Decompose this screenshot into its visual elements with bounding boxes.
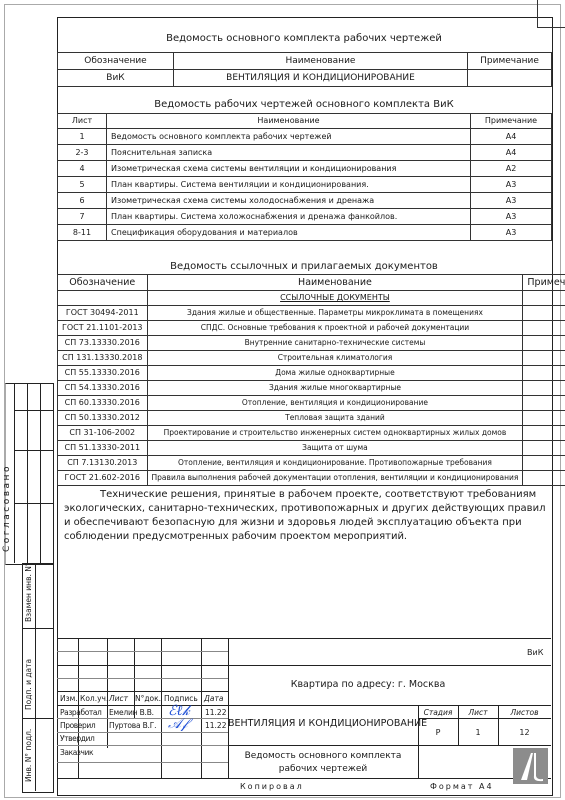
header-name: Наименование	[107, 114, 471, 129]
header-designation: Обозначение	[58, 275, 148, 291]
table-row: ГОСТ 21.1101-2013СПДС. Основные требован…	[58, 321, 565, 336]
cell-designation: СП 55.13330.2016	[58, 366, 148, 381]
cell-designation: СП 7.13130.2013	[58, 456, 148, 471]
cell-designation: СП 51.13330-2011	[58, 441, 148, 456]
system-title: ВЕНТИЛЯЦИЯ И КОНДИЦИОНИРОВАНИЕ	[228, 719, 418, 729]
cell-note: А4	[471, 129, 552, 145]
cell-designation: СП 31-106-2002	[58, 426, 148, 441]
statement-line-4: соблюдении предусмотренных рабочим проек…	[64, 530, 544, 544]
cell-note	[523, 441, 565, 456]
cell-note: А4	[471, 145, 552, 161]
main-row-name: ВЕНТИЛЯЦИЯ И КОНДИЦИОНИРОВАНИЕ	[174, 70, 468, 87]
stage-header: Стадия	[418, 709, 458, 717]
role-date: 11.22	[205, 709, 226, 717]
cell-name: Проектирование и строительство инженерны…	[147, 426, 523, 441]
copied-label: Копировал	[240, 783, 304, 791]
signature-2: 𝒜𝒻	[168, 716, 188, 732]
table-row: 2-3Пояснительная запискаА4	[58, 145, 552, 161]
cell-note	[523, 471, 565, 486]
cell-sheet: 6	[58, 193, 107, 209]
col-date: Дата	[204, 695, 223, 703]
cell-note: А3	[471, 177, 552, 193]
header-sheet: Лист	[58, 114, 107, 129]
cell-sheet: 5	[58, 177, 107, 193]
role-role: Заказчик	[60, 749, 93, 757]
drawings-list-table: Лист Наименование Примечание 1Ведомость …	[57, 113, 552, 241]
cell-name: Здания жилые и общественные. Параметры м…	[147, 306, 523, 321]
cell-name: План квартиры. Система холожоснабжения и…	[107, 209, 471, 225]
references-table: Обозначение Наименование Примечание ССЫЛ…	[57, 274, 565, 486]
logo-icon	[513, 748, 548, 784]
table-row: ГОСТ 21.602-2016Правила выполнения рабоч…	[58, 471, 565, 486]
cell-note	[523, 306, 565, 321]
cell-name: Тепловая защита зданий	[147, 411, 523, 426]
table-row: 5План квартиры. Система вентиляции и кон…	[58, 177, 552, 193]
role-name: Пуртова В.Г.	[109, 722, 156, 730]
table-row: СП 51.13330-2011Защита от шума	[58, 441, 565, 456]
drawings-list-title: Ведомость рабочих чертежей основного ком…	[57, 100, 551, 110]
main-row-note	[468, 70, 552, 87]
replacement-inv-label: Взамен инв. N°	[24, 562, 33, 622]
company-logo	[513, 748, 548, 784]
header-name: Наименование	[174, 53, 468, 70]
cell-note: А3	[471, 209, 552, 225]
role-role: Разработал	[60, 709, 101, 717]
cell-name: Защита от шума	[147, 441, 523, 456]
cell-name: Внутренние санитарно-технические системы	[147, 336, 523, 351]
statement-line-3: и обеспечивают безопасную для жизни и зд…	[64, 516, 544, 530]
cell-designation: СП 50.13330.2012	[58, 411, 148, 426]
table-row: 7План квартиры. Система холожоснабжения …	[58, 209, 552, 225]
cell-note	[523, 381, 565, 396]
sheet-header: Лист	[458, 709, 498, 717]
table-row: СП 7.13130.2013Отопление, вентиляция и к…	[58, 456, 565, 471]
sheet-title-line-1: Ведомость основного комплекта	[228, 752, 418, 761]
cell-sheet: 4	[58, 161, 107, 177]
address: Квартира по адресу: г. Москва	[228, 680, 508, 690]
agreed-label: Согласовано	[2, 464, 12, 552]
cell-name: Строительная климатология	[147, 351, 523, 366]
cell-name: Спецификация оборудования и материалов	[107, 225, 471, 241]
col-signature: Подпись	[164, 695, 198, 703]
cell-name: Пояснительная записка	[107, 145, 471, 161]
col-change: Изм.	[60, 695, 78, 703]
statement-line-1: Технические решения, принятые в рабочем …	[64, 488, 544, 502]
cell-designation: ГОСТ 30494-2011	[58, 306, 148, 321]
cell-name: Дома жилые одноквартирные	[147, 366, 523, 381]
role-role: Проверил	[60, 722, 95, 730]
corner-box	[537, 0, 565, 28]
col-count: Кол.уч.	[80, 695, 108, 703]
cell-note	[523, 366, 565, 381]
references-title: Ведомость ссылочных и прилагаемых докуме…	[57, 262, 551, 272]
cell-note	[523, 411, 565, 426]
cell-name: Правила выполнения рабочей документации …	[147, 471, 523, 486]
cell-designation: ГОСТ 21.1101-2013	[58, 321, 148, 336]
table-row: СП 50.13330.2012Тепловая защита зданий	[58, 411, 565, 426]
header-note: Примечание	[523, 275, 565, 291]
section-label: ССЫЛОЧНЫЕ ДОКУМЕНТЫ	[147, 291, 523, 306]
stage-value: Р	[418, 729, 458, 737]
cell-name: Изометрическая схема системы холодоснабж…	[107, 193, 471, 209]
cell-name: Здания жилые многоквартирные	[147, 381, 523, 396]
project-code: ВиК	[527, 649, 543, 657]
cell-name: Ведомость основного комплекта рабочих че…	[107, 129, 471, 145]
cell-name: Изометрическая схема системы вентиляции …	[107, 161, 471, 177]
cell-designation: СП 54.13330.2016	[58, 381, 148, 396]
role-name: Емелин В.В.	[109, 709, 154, 717]
main-row-designation: ВиК	[58, 70, 174, 87]
col-doc: N°док.	[135, 695, 161, 703]
main-list-table: Обозначение Наименование Примечание ВиК …	[57, 52, 552, 87]
role-role: Утвердил	[60, 735, 94, 743]
cell-note	[523, 321, 565, 336]
cell-sheet: 7	[58, 209, 107, 225]
cell-note	[523, 336, 565, 351]
orig-inv-label: Инв. N° подл.	[24, 729, 33, 782]
table-row: СП 131.13330.2018Строительная климатолог…	[58, 351, 565, 366]
col-sheet: Лист	[109, 695, 128, 703]
header-name: Наименование	[147, 275, 523, 291]
header-designation: Обозначение	[58, 53, 174, 70]
cell-designation: СП 73.13330.2016	[58, 336, 148, 351]
sign-date-label: Подп. и дата	[24, 659, 33, 710]
cell-sheet: 1	[58, 129, 107, 145]
role-date: 11.22	[205, 722, 226, 730]
table-row: 8-11Спецификация оборудования и материал…	[58, 225, 552, 241]
cell-note	[523, 351, 565, 366]
cell-note	[523, 456, 565, 471]
cell-note: А2	[471, 161, 552, 177]
table-row: СП 54.13330.2016Здания жилые многокварти…	[58, 381, 565, 396]
format-label: Формат А4	[430, 783, 494, 791]
table-row: СП 73.13330.2016Внутренние санитарно-тех…	[58, 336, 565, 351]
cell-note	[523, 426, 565, 441]
table-row: 1Ведомость основного комплекта рабочих ч…	[58, 129, 552, 145]
cell-sheet: 2-3	[58, 145, 107, 161]
statement-line-2: экологических, санитарно-технических, пр…	[64, 502, 544, 516]
cell-designation: СП 131.13330.2018	[58, 351, 148, 366]
table-row: СП 60.13330.2016Отопление, вентиляция и …	[58, 396, 565, 411]
cell-name: СПДС. Основные требования к проектной и …	[147, 321, 523, 336]
cell-designation: СП 60.13330.2016	[58, 396, 148, 411]
header-note: Примечание	[468, 53, 552, 70]
main-list-title: Ведомость основного комплекта рабочих че…	[57, 34, 551, 44]
sheet-title-line-2: рабочих чертежей	[228, 765, 418, 774]
table-row: 4Изометрическая схема системы вентиляции…	[58, 161, 552, 177]
sheets-header: Листов	[498, 709, 551, 717]
cell-note	[523, 396, 565, 411]
sheets-value: 12	[498, 729, 551, 737]
cell-name: Отопление, вентиляция и кондиционировани…	[147, 456, 523, 471]
cell-name: План квартиры. Система вентиляции и конд…	[107, 177, 471, 193]
header-note: Примечание	[471, 114, 552, 129]
cell-sheet: 8-11	[58, 225, 107, 241]
cell-note: А3	[471, 193, 552, 209]
table-row: 6Изометрическая схема системы холодоснаб…	[58, 193, 552, 209]
table-row: СП 55.13330.2016Дома жилые одноквартирны…	[58, 366, 565, 381]
cell-note: А3	[471, 225, 552, 241]
cell-name: Отопление, вентиляция и кондиционировани…	[147, 396, 523, 411]
table-row: ГОСТ 30494-2011Здания жилые и общественн…	[58, 306, 565, 321]
table-row: СП 31-106-2002Проектирование и строитель…	[58, 426, 565, 441]
cell-designation: ГОСТ 21.602-2016	[58, 471, 148, 486]
sheet-value: 1	[458, 729, 498, 737]
statement: Технические решения, принятые в рабочем …	[64, 488, 544, 544]
